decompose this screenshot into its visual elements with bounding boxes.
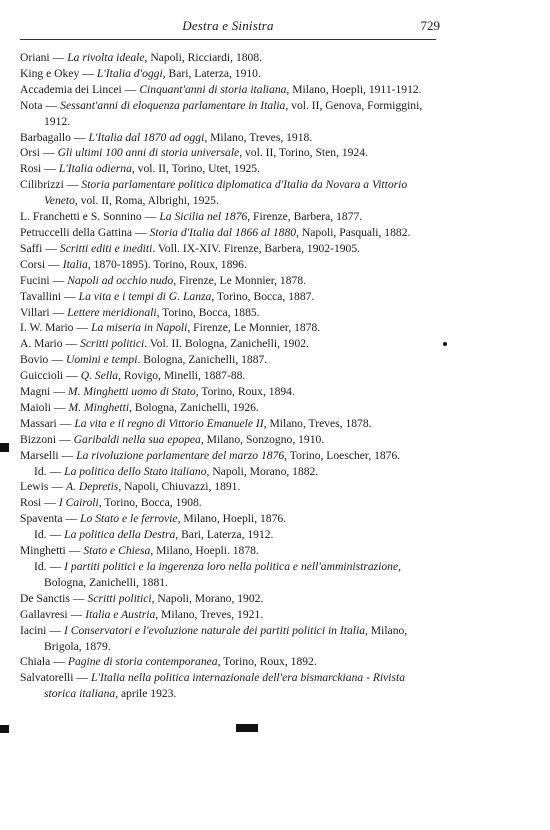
entry-dash: — [44,496,56,509]
entry-title: Garibaldi nella sua epopea [74,433,201,446]
bibliography-entry: Gallavresi—Italia e Austria, Milano, Tre… [20,607,440,623]
entry-dash: — [64,290,76,303]
entry-author: Cilibrizzi [20,178,64,191]
entry-publication: , vol. II, Torino, Sten, 1924. [239,146,368,159]
entry-publication: , Bari, Laterza, 1910. [163,67,261,80]
entry-author: Rosi [20,496,41,509]
entry-author: Accademia dei Lincei [20,83,122,96]
entry-publication: . Voll. IX-XIV. Firenze, Barbera, 1902-1… [152,242,360,255]
bibliography-entry: Minghetti—Stato e Chiesa, Milano, Hoepli… [20,543,440,559]
entry-title: Stato e Chiesa [83,544,150,557]
scan-mark [0,443,9,452]
entry-title: La vita e i tempi di G. Lanza [79,290,212,303]
bibliography-entry: Tavallini—La vita e i tempi di G. Lanza,… [20,289,440,305]
page-header: Destra e Sinistra 729 [20,14,436,34]
entry-publication: , Torino, Roux, 1894. [196,385,295,398]
entry-dash: — [50,465,62,478]
bibliography-entry: I. W. Mario—La miseria in Napoli, Firenz… [20,320,440,336]
entry-title: La politica dello Stato italiano [64,465,206,478]
entry-title: I Conservatori e l'evoluzione naturale d… [64,624,365,637]
bibliography-entry: Id.—I partiti politici e la ingerenza lo… [20,559,440,591]
entry-author: I. W. Mario [20,321,73,334]
bibliography-entry: Chiala—Pagine di storia contemporanea, T… [20,654,440,670]
bibliography-entry: Oriani—La rivolta ideale, Napoli, Riccia… [20,50,440,66]
entry-dash: — [66,512,78,525]
bibliography-entry: L. Franchetti e S. Sonnino—La Sicilia ne… [20,209,440,225]
entry-author: Bizzoni [20,433,56,446]
bibliography-entry: Lewis—A. Depretis, Napoli, Chiuvazzi, 18… [20,479,440,495]
entry-dash: — [60,417,72,430]
entry-author: Minghetti [20,544,66,557]
entry-dash: — [53,51,65,64]
entry-title: Italia [63,258,88,271]
entry-dash: — [73,592,85,605]
entry-title: L'Italia nella politica internazionale d… [44,671,405,700]
entry-author: Massari [20,417,57,430]
bibliography-entry: Spaventa—Lo Stato e le ferrovie, Milano,… [20,511,440,527]
bibliography-entry: Petruccelli della Gattina—Storia d'Itali… [20,225,440,241]
entry-dash: — [48,258,60,271]
bibliography-entry: Massari—La vita e il regno di Vittorio E… [20,416,440,432]
entry-dash: — [50,560,62,573]
entry-publication: , Milano, Hoepli, 1911-1912. [286,83,421,96]
entry-title: Scritti politici [88,592,152,605]
entry-author: Id. [34,528,47,541]
bibliography-entry: Rosi—I Cairoli, Torino, Bocca, 1908. [20,495,440,511]
entry-title: Lo Stato e le ferrovie [80,512,177,525]
entry-publication: , Milano, Hoepli, 1876. [178,512,287,525]
entry-dash: — [45,242,57,255]
entry-author: Villari [20,306,50,319]
bibliography-entry: Marselli—La rivoluzione parlamentare del… [20,448,440,464]
bibliography-entry: Id.—La politica dello Stato italiano, Na… [20,464,440,480]
entry-dash: — [62,449,74,462]
entry-dash: — [51,480,63,493]
entry-author: Nota [20,99,43,112]
entry-title: La rivolta ideale [67,51,144,64]
entry-author: A. Mario [20,337,63,350]
entry-author: De Sanctis [20,592,70,605]
bibliography-entry: Nota—Sessant'anni di eloquenza parlament… [20,98,440,130]
entry-title: L'Italia dal 1870 ad oggi [88,131,204,144]
entry-author: Gallavresi [20,608,68,621]
entry-publication: , Firenze, Barbera, 1877. [247,210,362,223]
entry-title: I Cairoli [59,496,99,509]
bibliography-entry: Cilibrizzi—Storia parlamentare politica … [20,177,440,209]
entry-author: King e Okey [20,67,79,80]
bibliography-entry: Accademia dei Lincei—Cinquant'anni di st… [20,82,440,98]
entry-dash: — [53,385,65,398]
entry-title: Q. Sella [81,369,118,382]
bibliography-entry: Id.—La politica della Destra, Bari, Late… [20,527,440,543]
bibliography-entry: King e Okey—L'Italia d'oggi, Bari, Later… [20,66,440,82]
entry-dash: — [76,321,88,334]
entry-publication: . Vol. II. Bologna, Zanichelli, 1902. [144,337,309,350]
entry-title: M. Minghetti [69,401,130,414]
entry-publication: . Bologna, Zanichelli, 1887. [137,353,267,366]
bibliography-entry: Magni—M. Minghetti uomo di Stato, Torino… [20,384,440,400]
entry-publication: , Milano, Treves, 1878. [264,417,372,430]
entry-dash: — [54,401,66,414]
entry-title: Scritti politici [80,337,144,350]
entry-dash: — [53,274,65,287]
entry-publication: , Torino, Roux, 1892. [218,655,317,668]
entry-title: La politica della Destra [64,528,175,541]
entry-dash: — [50,528,62,541]
entry-title: Napoli ad occhio nudo [67,274,173,287]
entry-dash: — [66,337,78,350]
entry-dash: — [145,210,157,223]
bibliography-entry: Salvatorelli—L'Italia nella politica int… [20,670,440,702]
entry-dash: — [53,306,65,319]
entry-author: Corsi [20,258,45,271]
entry-author: Barbagallo [20,131,71,144]
bibliography-entry: Rosi—L'Italia odierna, vol. II, Torino, … [20,161,440,177]
entry-author: Spaventa [20,512,63,525]
bibliography-list: Oriani—La rivolta ideale, Napoli, Riccia… [20,50,440,702]
entry-title: Lettere meridionali [67,306,156,319]
entry-author: Bovio [20,353,48,366]
entry-title: Italia e Austria [85,608,155,621]
entry-dash: — [71,608,83,621]
bibliography-entry: Bizzoni—Garibaldi nella sua epopea, Mila… [20,432,440,448]
entry-publication: , Torino, Bocca, 1887. [211,290,314,303]
bibliography-entry: Saffi—Scritti editi e inediti. Voll. IX-… [20,241,440,257]
entry-title: Uomini e tempi [66,353,137,366]
entry-publication: , Napoli, Morano, 1882. [207,465,319,478]
entry-publication: , Firenze, Le Monnier, 1878. [173,274,306,287]
scan-mark [236,724,258,732]
entry-author: Magni [20,385,50,398]
entry-dash: — [66,369,78,382]
entry-dash: — [135,226,147,239]
bibliography-entry: De Sanctis—Scritti politici, Napoli, Mor… [20,591,440,607]
entry-author: Tavallini [20,290,61,303]
header-rule [20,39,436,40]
entry-title: La miseria in Napoli [91,321,187,334]
entry-dash: — [125,83,137,96]
bibliography-entry: Fucini—Napoli ad occhio nudo, Firenze, L… [20,273,440,289]
entry-dash: — [43,146,55,159]
entry-author: Guiccioli [20,369,63,382]
entry-author: Lewis [20,480,48,493]
entry-author: Oriani [20,51,50,64]
entry-title: Scritti editi e inediti [60,242,152,255]
entry-author: Orsi [20,146,40,159]
entry-title: I partiti politici e la ingerenza loro n… [64,560,398,573]
entry-author: L. Franchetti e S. Sonnino [20,210,142,223]
entry-title: La vita e il regno di Vittorio Emanuele … [74,417,263,430]
entry-dash: — [51,353,63,366]
bibliography-entry: Iacini—I Conservatori e l'evoluzione nat… [20,623,440,655]
entry-author: Maioli [20,401,51,414]
entry-dash: — [44,162,56,175]
entry-author: Chiala [20,655,50,668]
entry-publication: , Torino, Loescher, 1876. [284,449,400,462]
bibliography-entry: A. Mario—Scritti politici. Vol. II. Bolo… [20,336,440,352]
entry-dash: — [67,178,79,191]
entry-publication: , Napoli, Chiuvazzi, 1891. [118,480,240,493]
entry-dash: — [53,655,65,668]
entry-title: Storia d'Italia dal 1866 al 1880 [150,226,296,239]
scan-mark [443,342,447,346]
entry-title: L'Italia odierna [59,162,132,175]
entry-author: Salvatorelli [20,671,73,684]
entry-publication: , Torino, Bocca, 1908. [99,496,202,509]
entry-publication: , Napoli, Ricciardi, 1808. [145,51,263,64]
entry-author: Iacini [20,624,46,637]
entry-publication: , Milano, Treves, 1921. [155,608,263,621]
entry-title: La rivoluzione parlamentare del marzo 18… [76,449,284,462]
entry-publication: , vol. II, Torino, Utet, 1925. [132,162,260,175]
entry-publication: , 1870-1895). Torino, Roux, 1896. [88,258,247,271]
entry-publication: , Napoli, Pasquali, 1882. [296,226,410,239]
entry-dash: — [69,544,81,557]
entry-title: L'Italia d'oggi [97,67,163,80]
entry-publication: , Firenze, Le Monnier, 1878. [187,321,320,334]
entry-publication: , aprile 1923. [115,687,176,700]
entry-dash: — [49,624,61,637]
entry-author: Marselli [20,449,59,462]
running-title: Destra e Sinistra [20,18,436,34]
entry-author: Saffi [20,242,42,255]
entry-title: Gli ultimi 100 anni di storia universale [58,146,240,159]
entry-dash: — [74,131,86,144]
entry-publication: , Napoli, Morano, 1902. [152,592,264,605]
entry-publication: , Milano, Sonzogno, 1910. [201,433,324,446]
entry-publication: , Torino, Bocca, 1885. [157,306,260,319]
entry-dash: — [46,99,58,112]
entry-dash: — [76,671,88,684]
entry-author: Id. [34,465,47,478]
entry-publication: , Milano, Hoepli. 1878. [150,544,259,557]
bibliography-entry: Orsi—Gli ultimi 100 anni di storia unive… [20,145,440,161]
entry-publication: , Rovigo, Minelli, 1887-88. [118,369,245,382]
entry-author: Rosi [20,162,41,175]
entry-publication: , vol. II, Roma, Albrighi, 1925. [75,194,219,207]
entry-dash: — [59,433,71,446]
bibliography-entry: Barbagallo—L'Italia dal 1870 ad oggi, Mi… [20,130,440,146]
page-number: 729 [421,18,441,34]
entry-title: Pagine di storia contemporanea [68,655,218,668]
scan-mark [0,725,9,733]
entry-author: Fucini [20,274,50,287]
bibliography-entry: Bovio—Uomini e tempi. Bologna, Zanichell… [20,352,440,368]
bibliography-entry: Guiccioli—Q. Sella, Rovigo, Minelli, 188… [20,368,440,384]
entry-author: Petruccelli della Gattina [20,226,132,239]
entry-publication: , Milano, Treves, 1918. [204,131,312,144]
bibliography-entry: Maioli—M. Minghetti, Bologna, Zanichelli… [20,400,440,416]
entry-dash: — [82,67,94,80]
entry-publication: , Bologna, Zanichelli, 1926. [129,401,259,414]
entry-title: Sessant'anni di eloquenza parlamentare i… [60,99,285,112]
bibliography-entry: Villari—Lettere meridionali, Torino, Boc… [20,305,440,321]
bibliography-entry: Corsi—Italia, 1870-1895). Torino, Roux, … [20,257,440,273]
entry-publication: , Bari, Laterza, 1912. [175,528,273,541]
entry-title: Cinquant'anni di storia italiana [139,83,286,96]
entry-author: Id. [34,560,47,573]
entry-title: La Sicilia nel 1876 [159,210,247,223]
entry-title: A. Depretis [66,480,118,493]
entry-title: M. Minghetti uomo di Stato [68,385,196,398]
